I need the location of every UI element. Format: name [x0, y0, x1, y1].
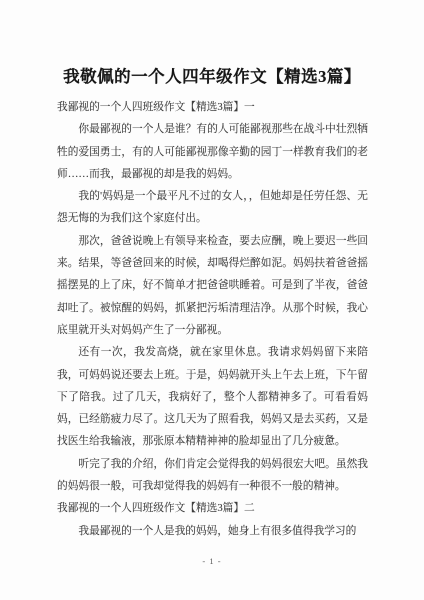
essay-body: 我鄙视的一个人四班级作文【精选3篇】一 你最鄙视的一个人是谁？有的人可能鄙视那些… — [57, 96, 368, 542]
essay-paragraph: 还有一次，我发高烧，就在家里休息。我请求妈妈留下来陪我，可妈妈说还要去上班。于是… — [57, 341, 368, 452]
page-number: - 1 - — [0, 556, 424, 566]
page-title: 我敬佩的一个人四年级作文【精选3篇】 — [0, 63, 424, 87]
essay-section-heading: 我鄙视的一个人四班级作文【精选3篇】二 — [57, 497, 368, 519]
essay-paragraph: 那次，爸爸说晚上有领导来检查，要去应酬，晚上要迟一些回来。结果，等爸爸回来的时候… — [57, 230, 368, 341]
essay-paragraph: 我最鄙视的一个人是我的妈妈，她身上有很多值得我学习的 — [57, 520, 368, 542]
essay-section-heading: 我鄙视的一个人四班级作文【精选3篇】一 — [57, 96, 368, 118]
document-page: 我敬佩的一个人四年级作文【精选3篇】 我鄙视的一个人四班级作文【精选3篇】一 你… — [0, 0, 424, 600]
essay-paragraph: 听完了我的介绍，你们肯定会觉得我的妈妈很宏大吧。虽然我的妈妈很一般，可我却觉得我… — [57, 453, 368, 498]
essay-paragraph: 你最鄙视的一个人是谁？有的人可能鄙视那些在战斗中壮烈牺牲的爱国勇士，有的人可能鄙… — [57, 118, 368, 185]
essay-paragraph: 我的'妈妈是一个最平凡不过的女人，，但她却是任劳任怨、无怨无悔的为我们这个家庭付… — [57, 185, 368, 230]
